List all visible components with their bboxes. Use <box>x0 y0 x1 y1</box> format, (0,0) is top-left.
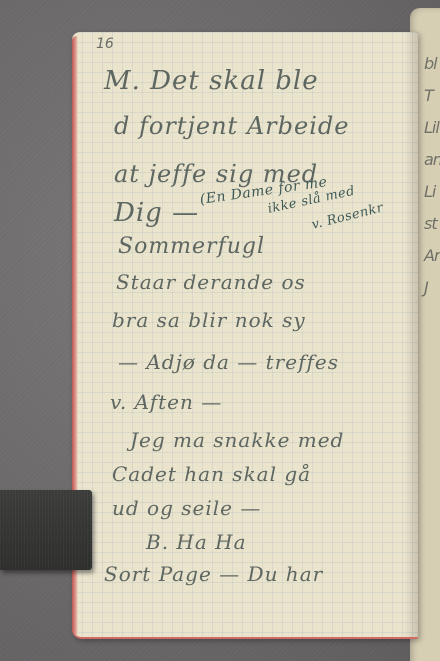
handwritten-line-4: Dig — <box>114 198 199 228</box>
gutter-shadow <box>404 32 418 637</box>
handwritten-line-11: Cadet han skal gå <box>112 462 311 486</box>
facing-fragment: Ann <box>424 240 440 272</box>
facing-fragment: Li <box>424 176 440 208</box>
handwritten-line-6: Staar derande os <box>116 270 306 294</box>
handwritten-line-5: Sommerfugl <box>118 234 265 259</box>
handwritten-line-9: v. Aften — <box>110 390 222 414</box>
page-number: 16 <box>96 36 114 52</box>
facing-fragment: st <box>424 208 440 240</box>
binder-clip <box>0 490 92 570</box>
handwritten-line-8: — Adjø da — treffes <box>118 350 339 374</box>
facing-fragment: J <box>424 272 440 304</box>
facing-fragment: bl <box>424 48 440 80</box>
facing-fragment: Lil <box>424 112 440 144</box>
handwritten-line-10: Jeg ma snakke med <box>130 428 344 452</box>
handwritten-line-13: B. Ha Ha <box>146 530 247 554</box>
handwritten-line-7: bra sa blir nok sy <box>112 308 306 332</box>
handwritten-line-14: Sort Page — Du har <box>104 562 323 586</box>
handwritten-line-12: ud og seile — <box>112 496 261 520</box>
facing-fragment: T <box>424 80 440 112</box>
handwritten-line-2: d fortjent Arbeide <box>114 112 349 140</box>
facing-fragment: an <box>424 144 440 176</box>
handwritten-line-1: M. Det skal ble <box>104 66 319 96</box>
facing-page-text: bl T Lil an Li st Ann J <box>424 48 440 304</box>
